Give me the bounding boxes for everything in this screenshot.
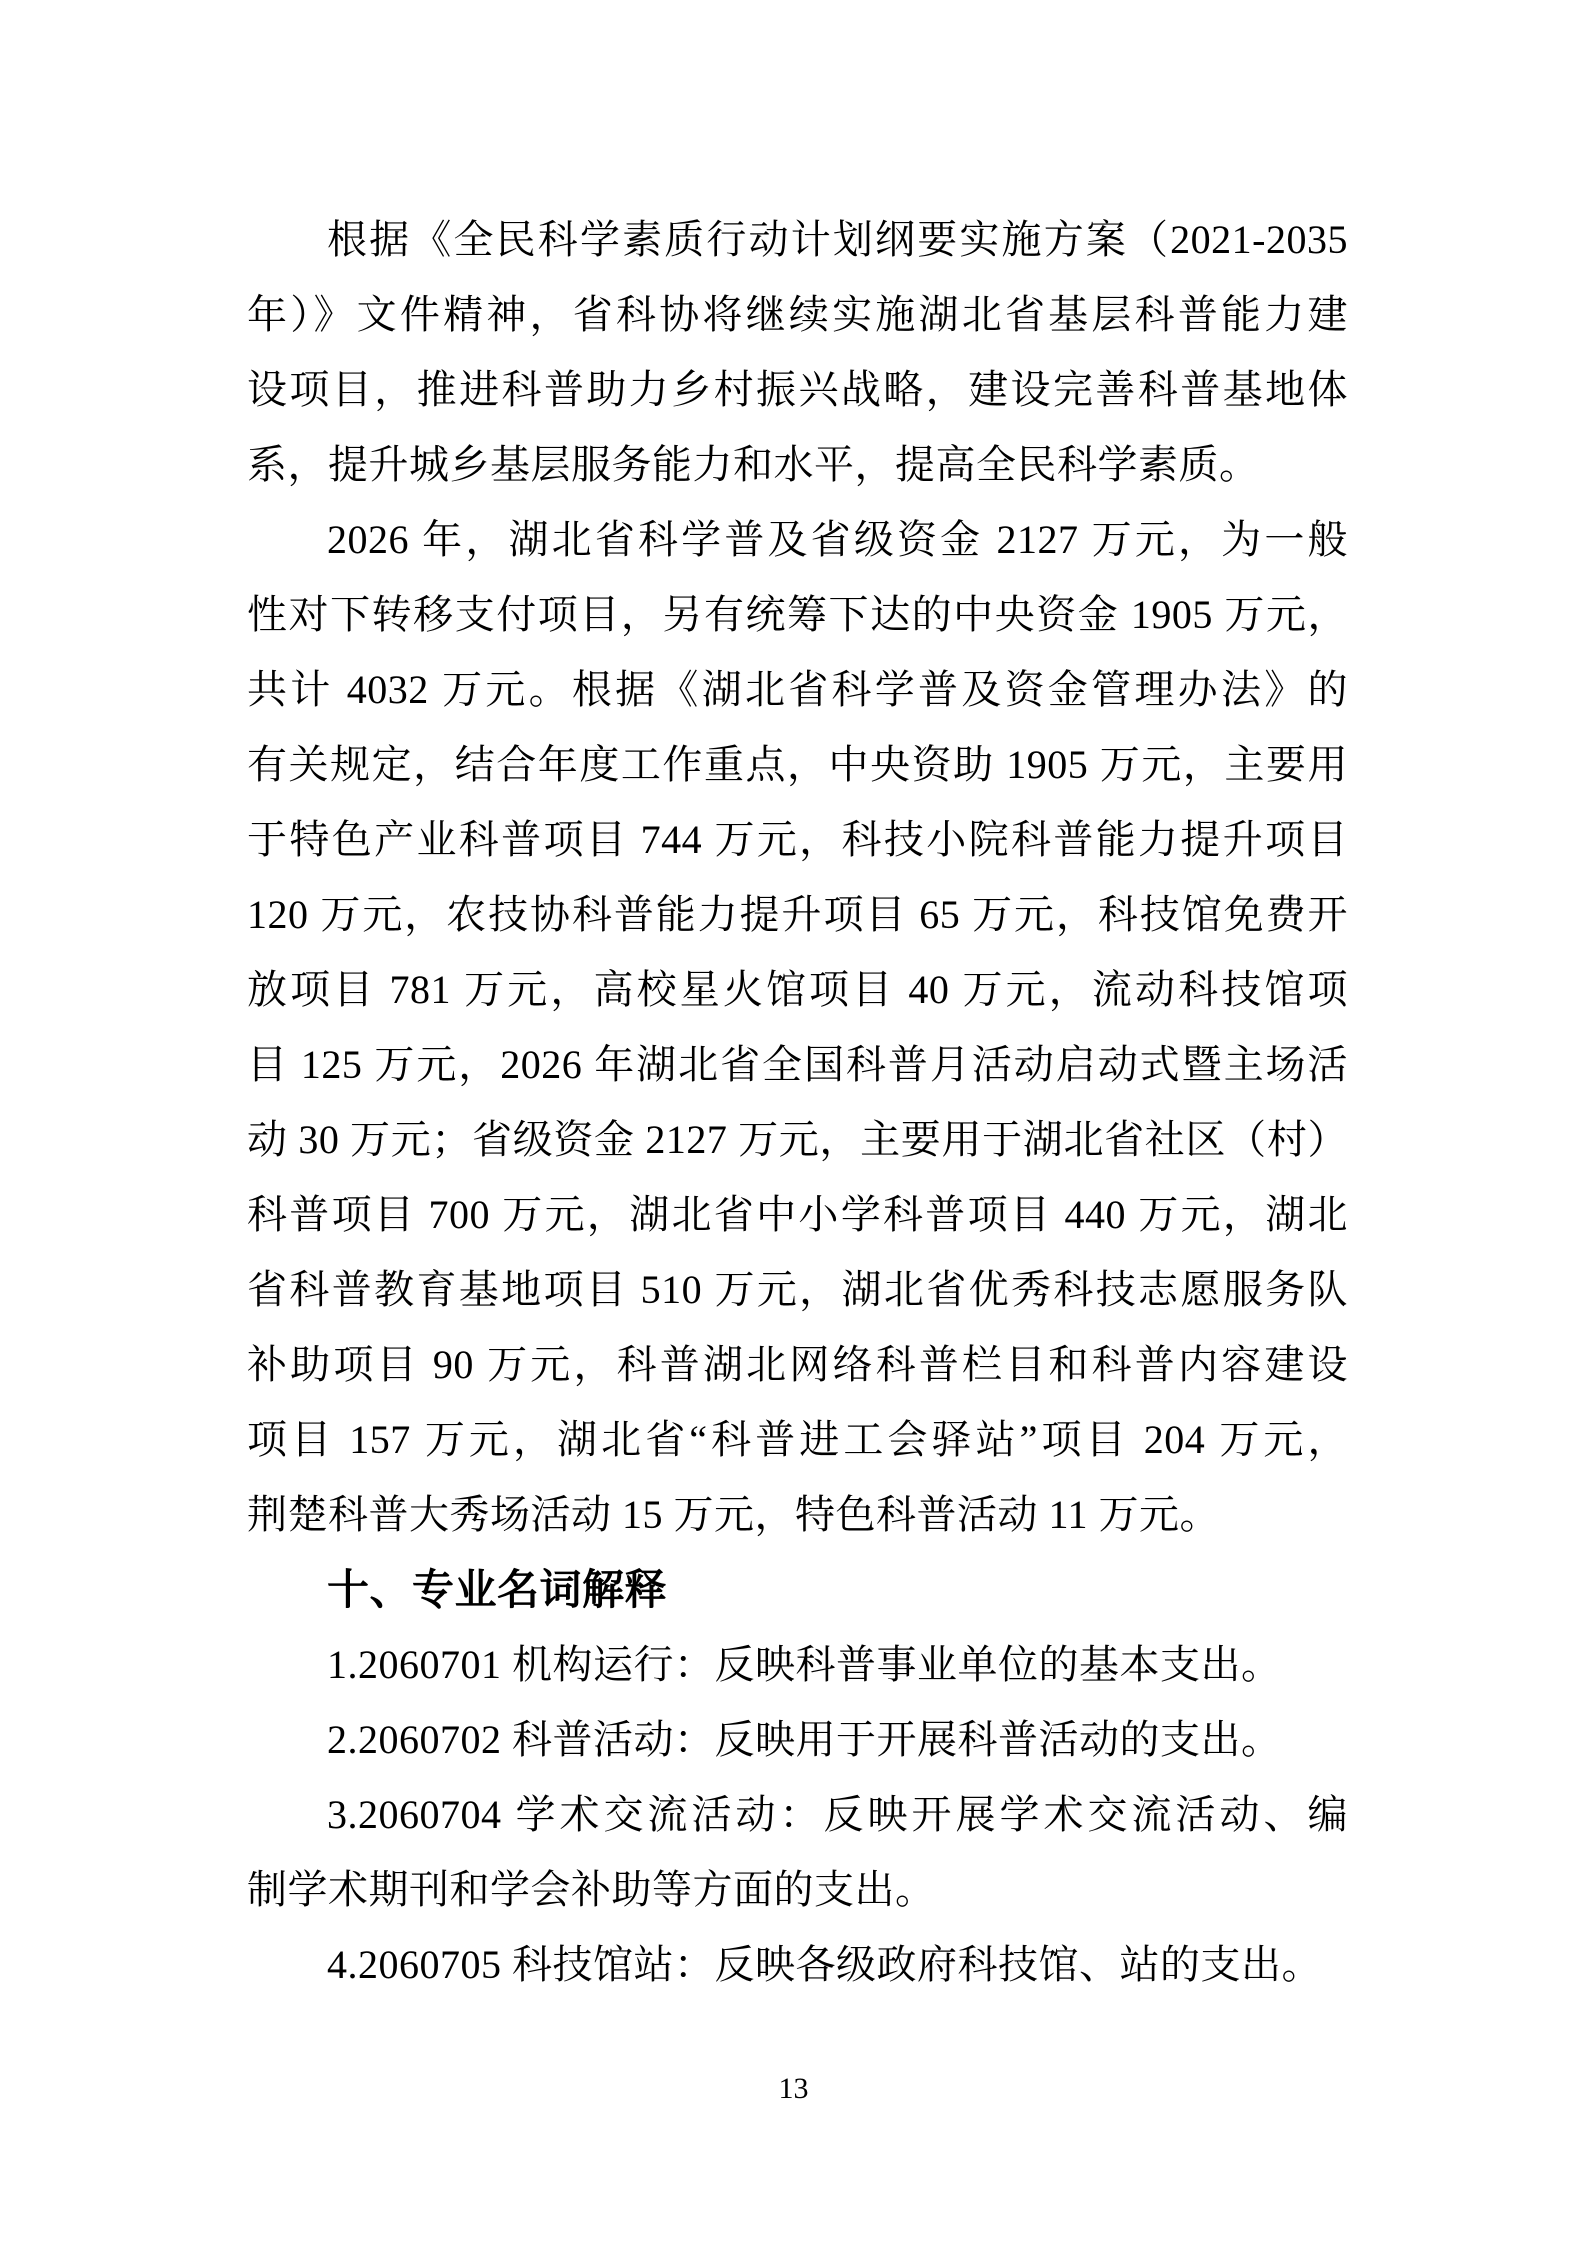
text-line: 省科普教育基地项目 510 万元，湖北省优秀科技志愿服务队 <box>247 1252 1348 1327</box>
text-line: 年）》文件精神，省科协将继续实施湖北省基层科普能力建 <box>247 277 1348 352</box>
text-line: 1.2060701 机构运行：反映科普事业单位的基本支出。 <box>247 1627 1348 1702</box>
page-number: 13 <box>0 2072 1587 2106</box>
text-line: 于特色产业科普项目 744 万元，科技小院科普能力提升项目 <box>247 802 1348 877</box>
text-line: 设项目，推进科普助力乡村振兴战略，建设完善科普基地体 <box>247 352 1348 427</box>
text-line: 2.2060702 科普活动：反映用于开展科普活动的支出。 <box>247 1702 1348 1777</box>
page-content: 根据《全民科学素质行动计划纲要实施方案（2021-2035 年）》文件精神，省科… <box>247 202 1348 2002</box>
section-heading: 十、专业名词解释 <box>247 1552 1348 1627</box>
text-line: 荆楚科普大秀场活动 15 万元，特色科普活动 11 万元。 <box>247 1477 1348 1552</box>
text-line: 制学术期刊和学会补助等方面的支出。 <box>247 1852 1348 1927</box>
text-line: 根据《全民科学素质行动计划纲要实施方案（2021-2035 <box>247 202 1348 277</box>
text-line: 性对下转移支付项目，另有统筹下达的中央资金 1905 万元， <box>247 577 1348 652</box>
text-line: 共计 4032 万元。根据《湖北省科学普及资金管理办法》的 <box>247 652 1348 727</box>
text-line: 3.2060704 学术交流活动：反映开展学术交流活动、编 <box>247 1777 1348 1852</box>
text-line: 补助项目 90 万元，科普湖北网络科普栏目和科普内容建设 <box>247 1327 1348 1402</box>
text-line: 目 125 万元，2026 年湖北省全国科普月活动启动式暨主场活 <box>247 1027 1348 1102</box>
text-line: 4.2060705 科技馆站：反映各级政府科技馆、站的支出。 <box>247 1927 1348 2002</box>
text-line: 科普项目 700 万元，湖北省中小学科普项目 440 万元，湖北 <box>247 1177 1348 1252</box>
document-page: 根据《全民科学素质行动计划纲要实施方案（2021-2035 年）》文件精神，省科… <box>0 0 1587 2245</box>
text-line: 120 万元，农技协科普能力提升项目 65 万元，科技馆免费开 <box>247 877 1348 952</box>
text-line: 2026 年，湖北省科学普及省级资金 2127 万元，为一般 <box>247 502 1348 577</box>
text-line: 系，提升城乡基层服务能力和水平，提高全民科学素质。 <box>247 427 1348 502</box>
text-line: 动 30 万元；省级资金 2127 万元，主要用于湖北省社区（村） <box>247 1102 1348 1177</box>
text-line: 放项目 781 万元，高校星火馆项目 40 万元，流动科技馆项 <box>247 952 1348 1027</box>
text-line: 有关规定，结合年度工作重点，中央资助 1905 万元，主要用 <box>247 727 1348 802</box>
text-line: 项目 157 万元，湖北省“科普进工会驿站”项目 204 万元， <box>247 1402 1348 1477</box>
